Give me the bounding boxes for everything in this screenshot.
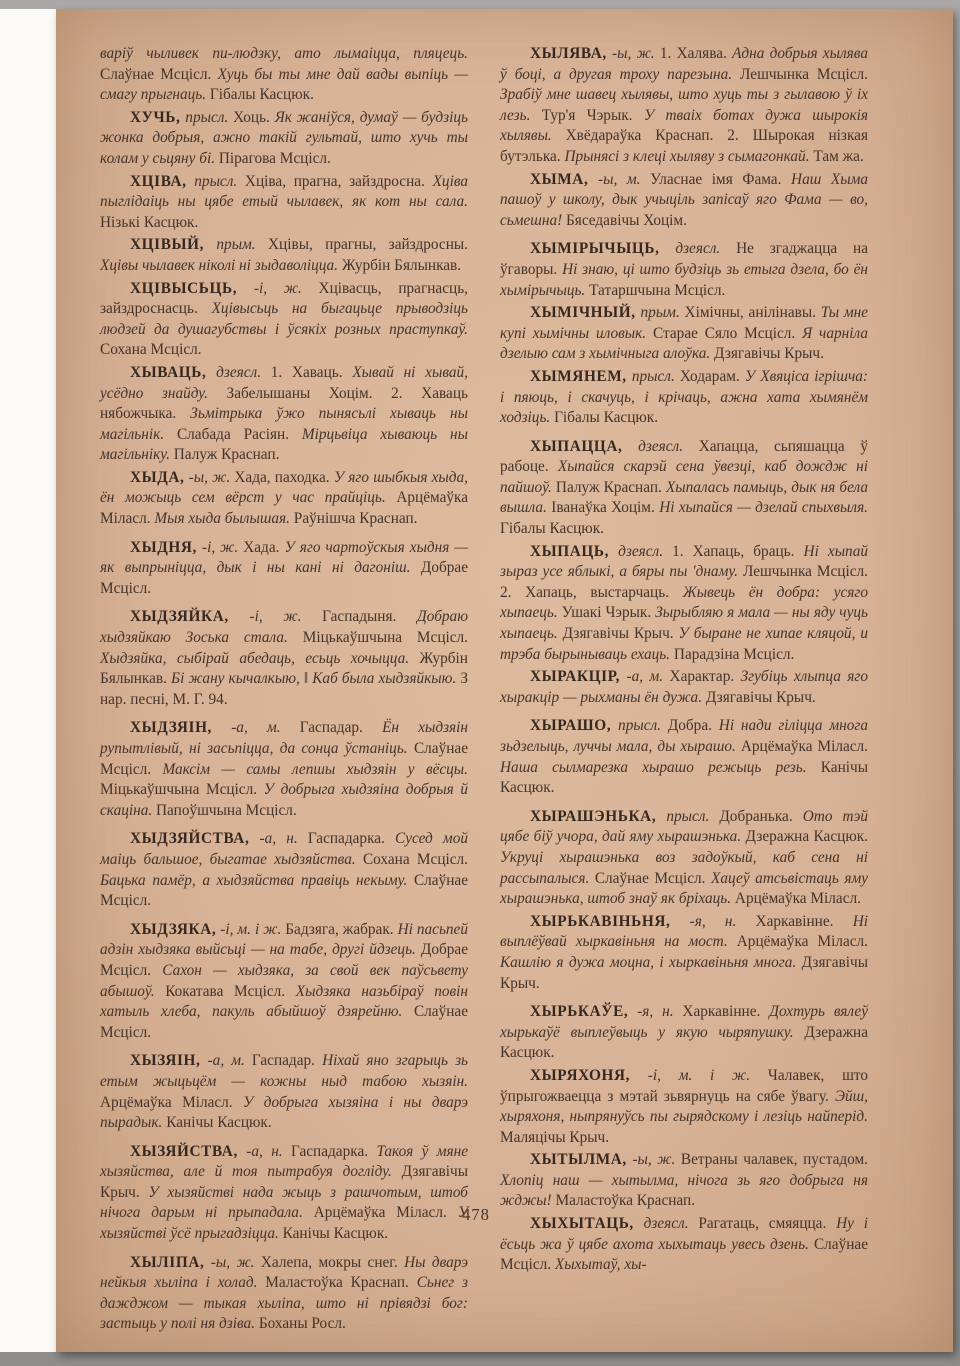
definition-text: Хада. [238,539,284,556]
dictionary-entry: ХЫДЗЯЙКА, -і, ж. Гаспадыня. Добраю хыдзя… [100,607,468,710]
definition-text: Гібалы Касцюк. [550,409,658,426]
grammar-label: -а, м. [620,668,663,685]
example-text: Максім — самы лепшы хыдзяін у вёсцы. [162,761,468,778]
example-text: Бі жану кычалкыю, ‖ Каб была хыдзяйкыю. [171,670,456,687]
grammar-label: -ы, ж. [607,45,655,62]
example-text: Хыхытаў, хы- [555,1256,647,1273]
dictionary-entry: ХЫМІРЫЧЫЦЬ, дзеясл. Не згаджацца на ўгав… [500,239,868,301]
definition-text: Міцькаўшчына Мсцісл. [288,629,468,646]
example-text: Кашлію я дужа моцна, і хыркавіньня многа… [500,954,796,971]
dictionary-entry: ХЫЛІПА, -ы, ж. Халепа, мокры снег. Ны дв… [100,1253,468,1335]
headword: ХЫЗЯІН, [130,1052,200,1069]
headword: ХЫРЬКАЎЕ, [530,1003,628,1020]
definition-text: Канічы Касцюк. [279,1225,388,1242]
headword: ХЫДЗЯІН, [130,719,212,736]
page-number: 478 [431,1205,521,1225]
headword: ХЫЛІПА, [130,1254,204,1271]
dictionary-entry: ХЫДНЯ, -і, ж. Хада. У яго чартоўскыя хыд… [100,538,468,600]
headword: ХЦІВЫСЬЦЬ, [130,280,237,297]
definition-text: Дзягавічы Крыч. [558,625,679,642]
dictionary-entry: ХЫРАШО, прысл. Добра. Ні нади гіліцца мн… [500,716,868,798]
grammar-label: -і, ж. [237,280,302,297]
headword: ХЫЛЯВА, [530,45,607,62]
grammar-label: дзеясл. [622,438,683,455]
dictionary-entry: ХЫМЯНЕМ, прысл. Ходарам. У Хвяціса ігріш… [500,367,868,429]
definition-text: 1. Хаваць. [261,364,352,381]
definition-text: Боханы Росл. [255,1315,346,1332]
headword: ХЫДЗЯЙКА, [130,608,229,625]
example-text: Наша сылмарезка хырашо режыць резь. [500,759,807,776]
grammar-label: -і, ж. [197,539,238,556]
definition-text: Уласнае імя Фама. [640,171,791,188]
headword: ХЫМІРЫЧЫЦЬ, [530,240,660,257]
headword: ХЫПАЦЬ, [530,543,609,560]
definition-text: Гаспадарка. [298,830,395,847]
grammar-label: прысл. [180,109,228,126]
dictionary-entry: ХЦІВА, прысл. Хціва, прагна, зайздросна.… [100,172,468,234]
definition-text: Ходарам. [675,368,745,385]
definition-text: Сохана Мсцісл. [356,851,468,868]
definition-text: Лешчынка Мсцісл. [732,66,868,83]
dictionary-entry: ХЫЛЯВА, -ы, ж. 1. Халява. Адна добрыя хы… [500,44,868,168]
definition-text: Хцівы, прагны, зайздросны. [256,236,468,253]
definition-text: Арцёмаўка Міласл. [728,933,868,950]
definition-text: Іванаўка Хоцім. [547,499,659,516]
dictionary-entry: ХЦІВЫЙ, прым. Хцівы, прагны, зайздросны.… [100,235,468,276]
definition-text: Гаспадар. [245,1052,322,1069]
definition-text: Пірагова Мсцісл. [215,150,331,167]
definition-text: Харкавінне. [736,913,852,930]
definition-text: Халепа, мокры снег. [255,1254,405,1271]
definition-text: Раўнішча Краснап. [290,510,418,527]
example-text: Бацька памёр, а хыдзяйства правіць некым… [100,872,407,889]
dictionary-entry: ХЫДЗЯЙСТВА, -а, н. Гаспадарка. Сусед мой… [100,829,468,911]
grammar-label: дзеясл. [609,543,663,560]
grammar-label: -я, н. [628,1003,673,1020]
headword: ХЫДА, [130,469,184,486]
headword: ХЫПАЦЦА, [530,438,622,455]
page-left-edge [0,9,56,1352]
definition-text: Дзеражна Касцюк. [741,828,868,845]
dictionary-entry: ХЫПАЦЦА, дзеясл. Хапацца, сьпяшацца ў ра… [500,437,868,540]
dictionary-entry: ХЫХЫТАЦЬ, дзеясл. Рагатаць, смяяцца. Ну … [500,1214,868,1276]
headword: ХЦІВА, [130,173,187,190]
dictionary-page: варіў чыливек пи-людзку, ато лымаіцца, п… [56,9,953,1352]
grammar-label: прысл. [611,717,661,734]
definition-text: Парадзіна Мсцісл. [670,646,794,663]
dictionary-entry: ХЫРАКЦІР, -а, м. Характар. Згубіць хлыпц… [500,667,868,708]
definition-text: Слаўнае Мсцісл. [100,66,218,83]
headword: ХЫХЫТАЦЬ, [530,1215,634,1232]
definition-text: Маластоўка Краснап. [257,1274,416,1291]
right-column: ХЫЛЯВА, -ы, ж. 1. Халява. Адна добрыя хы… [500,42,868,1335]
dictionary-entry: ХЫРЬКАЎЕ, -я, н. Харкавінне. Дохтурь вял… [500,1002,868,1064]
dictionary-entry: ХЫЗЯЙСТВА, -а, н. Гаспадарка. Такоя ў мя… [100,1142,468,1245]
grammar-label: -і, ж. [229,608,302,625]
dictionary-entry: ХЫРАШЭНЬКА, прысл. Добранька. Ото тэй ця… [500,807,868,910]
grammar-label: -а, н. [238,1143,283,1160]
definition-text: Міцькаўшчына Мсцісл. [100,781,264,798]
definition-text: Гаспадыня. [301,608,417,625]
definition-text: Слабада Расіян. [164,426,302,443]
definition-text: Арцёмаўка Міласл. [731,890,861,907]
example-text: Хыдзяйка, сыбірай абедаць, есьць хочыцца… [100,650,409,667]
definition-text: Тур'я Чэрык. [530,107,643,124]
headword: ХЫМІЧНЫЙ, [530,304,636,321]
definition-text: Хоць. [228,109,274,126]
headword: ХЫДЗЯЙСТВА, [130,830,249,847]
definition-text: Гаспадарка. [283,1143,377,1160]
example-text: Прынясі з клеці хыляву з сымагонкай. [564,148,809,165]
definition-text: Старае Сяло Мсцісл. [646,325,802,342]
definition-text: Кокатава Мсцісл. [155,983,296,1000]
dictionary-entry: ХЫДЗЯКА, -і, м. і ж. Бадзяга, жабрак. Ні… [100,920,468,1044]
grammar-label: прым. [636,304,680,321]
headword: ХЫДНЯ, [130,539,197,556]
grammar-label: прысл. [656,808,709,825]
grammar-label: -ы, ж. [204,1254,254,1271]
definition-text: Добранька. [709,808,802,825]
definition-text: Гібалы Касцюк. [206,86,314,103]
dictionary-entry: ХЫПАЦЬ, дзеясл. 1. Хапаць, браць. Ні хып… [500,542,868,666]
headword: ХЫРАКЦІР, [530,668,620,685]
definition-text: 1. Халява. [655,45,732,62]
definition-text: Дзягавічы Крыч. [710,345,824,362]
grammar-label: -ы, ж. [184,469,230,486]
grammar-label: дзеясл. [206,364,261,381]
definition-text: Слаўнае Мсцісл. [589,870,711,887]
headword: ХЫДЗЯКА, [130,921,216,938]
dictionary-entry: ХЫРЬКАВІНЬНЯ, -я, н. Харкавінне. Ні выпл… [500,912,868,994]
definition-text: Ушакі Чэрык. [558,604,656,621]
definition-text: Ветраны чалавек, пустадом. [675,1151,868,1168]
definition-text: Дзягавічы Крыч. [702,689,816,706]
definition-text: Хада, паходка. [230,469,334,486]
headword: ХУЧЬ, [130,109,180,126]
definition-text: 1. Хапаць, браць. [663,543,804,560]
grammar-label: -а, н. [249,830,297,847]
example-text: Мыя хыда былышая. [154,510,290,527]
headword: ХЫРАШЭНЬКА, [530,808,656,825]
dictionary-entry: ХУЧЬ, прысл. Хоць. Як жаніўся, думаў — б… [100,108,468,170]
definition-text: Харкавінне. [674,1003,770,1020]
dictionary-entry: ХЫМІЧНЫЙ, прым. Хімічны, анілінавы. Ты м… [500,303,868,365]
definition-text: Нізькі Касцюк. [100,214,198,231]
example-text: варіў чыливек пи-людзку, ато лымаіцца, п… [100,45,468,62]
grammar-label: дзеясл. [660,240,721,257]
definition-text: Бадзяга, жабрак. [281,921,397,938]
definition-text: Татаршчына Мсцісл. [585,282,725,299]
left-column: варіў чыливек пи-людзку, ато лымаіцца, п… [100,42,468,1335]
grammar-label: -а, м. [212,719,281,736]
dictionary-entry: ХЫМА, -ы, м. Уласнае імя Фама. Наш Хыма … [500,170,868,232]
headword: ХЫРЯХОНЯ, [530,1067,630,1084]
grammar-label: -і, м. і ж. [630,1067,750,1084]
headword: ХЫВАЦЬ, [130,364,206,381]
grammar-label: -а, м. [200,1052,244,1069]
grammar-label: прысл. [627,368,675,385]
grammar-label: -ы, м. [588,171,640,188]
headword: ХЫМЯНЕМ, [530,368,627,385]
headword: ХЫЗЯЙСТВА, [130,1143,238,1160]
headword: ХЦІВЫЙ, [130,236,204,253]
definition-text: Добра. [661,717,719,734]
example-text: Хцівы чылавек ніколі ні зыдаволіцца. [100,257,338,274]
grammar-label: -ы, ж. [627,1151,676,1168]
definition-text: Маляцічы Крыч. [500,1129,609,1146]
text-columns: варіў чыливек пи-людзку, ато лымаіцца, п… [56,9,953,1335]
definition-text: Сохана Мсцісл. [100,341,202,358]
definition-text: Арцёмаўка Міласл. [100,1094,243,1111]
grammar-label: дзеясл. [634,1215,689,1232]
definition-text: Арцёмаўка Міласл. [736,738,868,755]
dictionary-entry: ХЫДА, -ы, ж. Хада, паходка. У яго шыбкыя… [100,468,468,530]
definition-text: Канічы Касцюк. [162,1114,271,1131]
grammar-label: прым. [204,236,256,253]
dictionary-entry: ХЫРЯХОНЯ, -і, м. і ж. Чалавек, што ўпрыг… [500,1066,868,1148]
dictionary-entry: варіў чыливек пи-людзку, ато лымаіцца, п… [100,44,468,106]
scanned-book-page: варіў чыливек пи-людзку, ато лымаіцца, п… [0,0,960,1366]
dictionary-entry: ХЦІВЫСЬЦЬ, -і, ж. Хцівасць, прагнасць, з… [100,279,468,361]
definition-text: Хімічны, анілінавы. [680,304,821,321]
definition-text: Маластоўка Краснап. [552,1192,695,1209]
definition-text: Гаспадар. [281,719,382,736]
example-text: Ні хыпайся — дзелай спыхвыля. [659,499,868,516]
definition-text: Там жа. [810,148,864,165]
definition-text: Папоўшчына Мсцісл. [152,802,297,819]
definition-text: Палуж Краснап. [170,446,279,463]
grammar-label: прысл. [187,173,238,190]
definition-text: Гібалы Касцюк. [500,520,604,537]
definition-text: Рагатаць, смяяцца. [689,1215,837,1232]
dictionary-entry: ХЫТЫЛМА, -ы, ж. Ветраны чалавек, пустадо… [500,1150,868,1212]
definition-text: Палуж Краснап. [552,479,666,496]
definition-text: Журбін Бялынкав. [338,257,461,274]
dictionary-entry: ХЫЗЯІН, -а, м. Гаспадар. Ніхай яно згары… [100,1051,468,1133]
dictionary-entry: ХЫВАЦЬ, дзеясл. 1. Хаваць. Хывай ні хыва… [100,363,468,466]
definition-text: Характар. [663,668,740,685]
grammar-label: -і, м. і ж. [216,921,281,938]
headword: ХЫМА, [530,171,588,188]
definition-text: Хціва, прагна, зайздросна. [237,173,432,190]
headword: ХЫРАШО, [530,717,611,734]
dictionary-entry: ХЫДЗЯІН, -а, м. Гаспадар. Ён хыдзяін руп… [100,718,468,821]
headword: ХЫТЫЛМА, [530,1151,627,1168]
grammar-label: -я, н. [670,913,736,930]
definition-text: Бяседавічы Хоцім. [562,212,687,229]
headword: ХЫРЬКАВІНЬНЯ, [530,913,670,930]
